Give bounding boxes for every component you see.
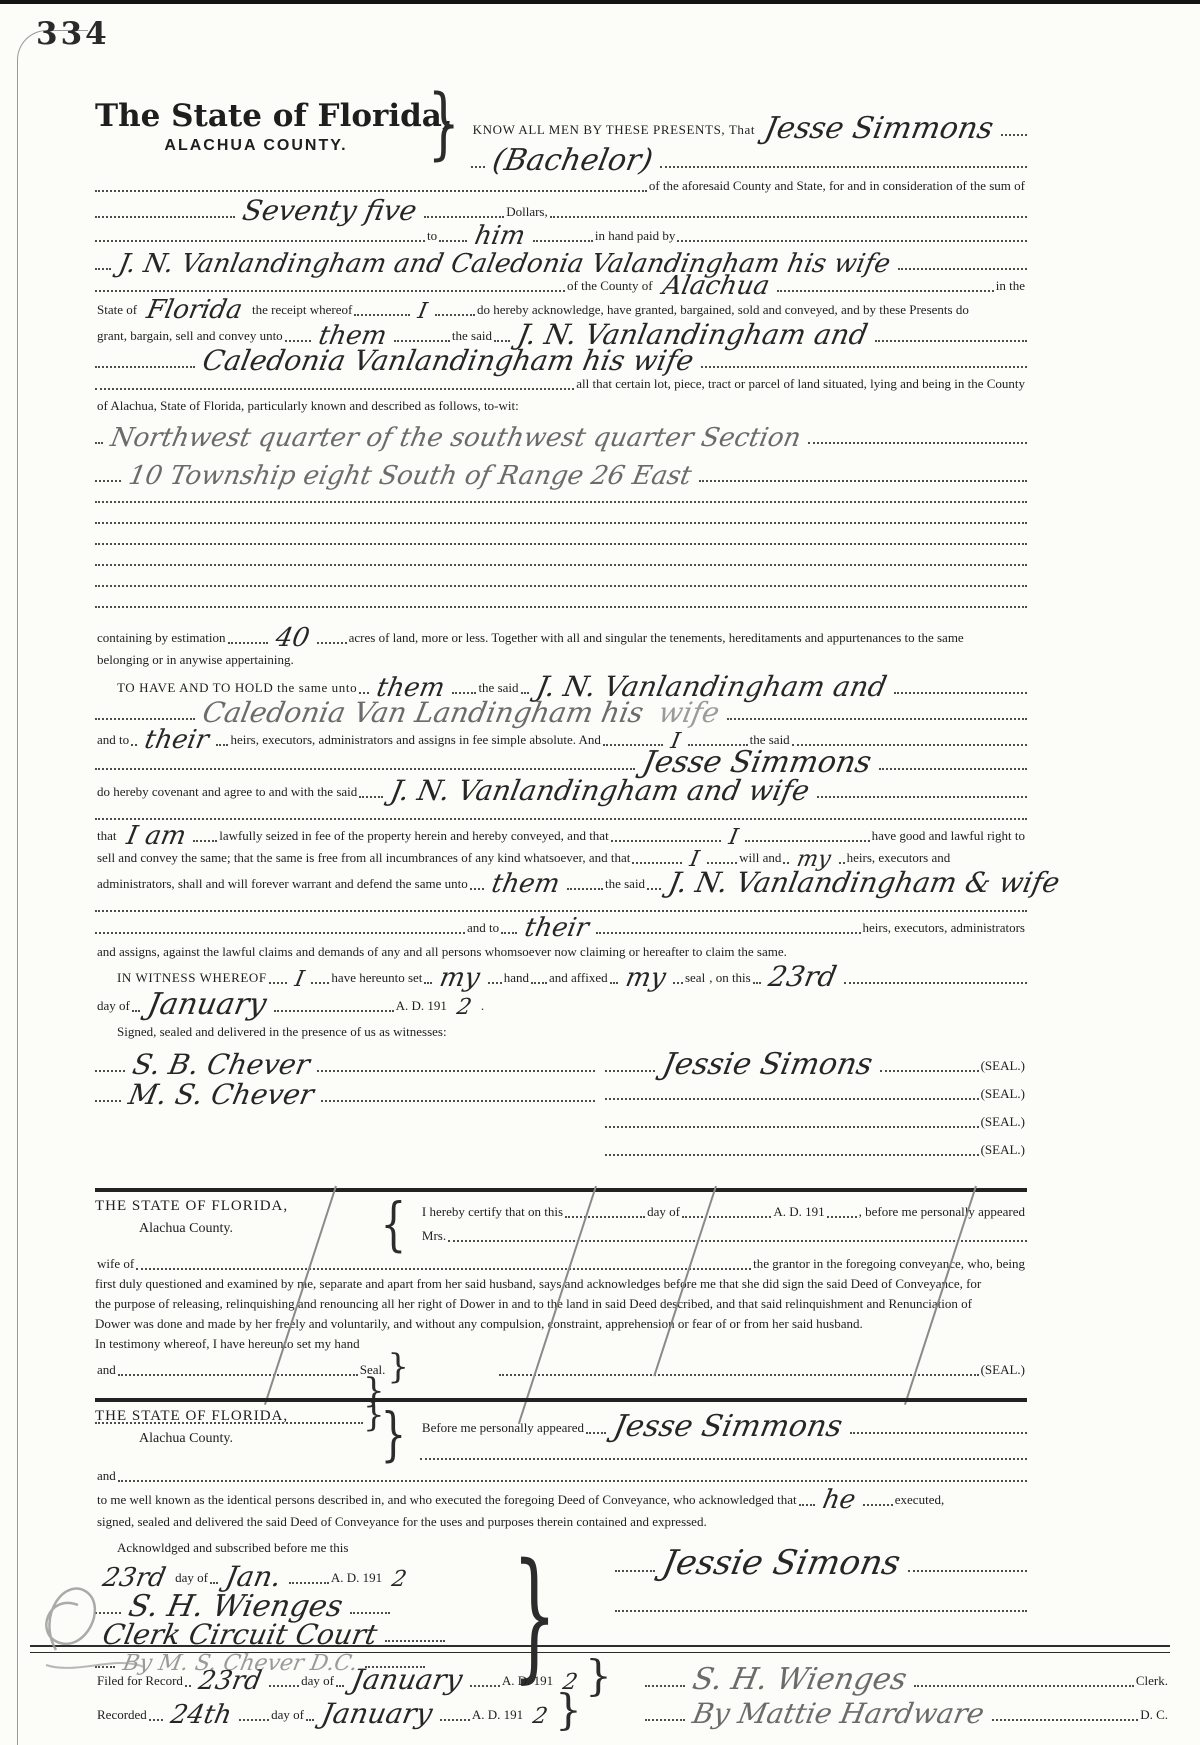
n1-before-label: , before me personally appeared — [857, 1204, 1027, 1220]
dotted-rule — [908, 1570, 1027, 1572]
pencil-scribble — [26, 1555, 156, 1685]
dotted-rule — [567, 888, 603, 890]
jessie-simons-signature2: Jessie Simons — [652, 1547, 911, 1579]
filed-day-of-label: day of — [299, 1673, 336, 1689]
alachua-handwritten: Alachua — [652, 274, 779, 299]
bachelor-note-handwritten: (Bachelor) — [482, 147, 663, 176]
wife-faint-handwritten: wife — [648, 700, 729, 727]
dotted-rule — [95, 1100, 121, 1102]
brace: } — [428, 92, 460, 156]
dotted-rule — [452, 692, 476, 694]
dotted-rule — [863, 1504, 893, 1506]
signature-block: S. B. Chever M. S. Chever Jessie Simons … — [95, 1046, 1027, 1160]
brace: } — [381, 1408, 407, 1464]
belonging-label: belonging or in anywise appertaining. — [95, 652, 296, 668]
dotted-rule — [605, 1070, 655, 1072]
dotted-rule — [880, 1070, 979, 1072]
dotted-rule — [95, 1070, 125, 1072]
dotted-rule — [440, 1719, 470, 1721]
seal-column: Jessie Simons (SEAL.) (SEAL.) (SEAL.) (S… — [595, 1046, 1027, 1160]
year-2-handwritten: 2 — [447, 998, 481, 1019]
notary1-county-label: Alachua County. — [95, 1221, 367, 1237]
dotted-rule — [269, 982, 287, 984]
dotted-rule — [677, 240, 1027, 242]
dotted-rule — [1001, 134, 1027, 136]
hand-label: hand — [502, 970, 531, 986]
jesse-simmons2-handwritten: Jesse Simmons — [632, 749, 881, 778]
dotted-rule — [95, 216, 235, 218]
dotted-rule — [550, 216, 1027, 218]
dotted-rule — [632, 862, 682, 864]
dotted-rule — [95, 910, 1027, 912]
dotted-rule — [239, 1719, 269, 1721]
i5-handwritten: I — [285, 970, 314, 991]
i-handwritten: I — [408, 302, 437, 323]
dotted-rule — [149, 1719, 163, 1721]
dotted-rule — [660, 166, 1027, 168]
n1-seal-label: (SEAL.) — [979, 1362, 1027, 1378]
he-handwritten: he — [812, 1488, 865, 1513]
grant-bargain-label: grant, bargain, sell and convey unto — [95, 328, 285, 344]
dotted-rule — [95, 190, 647, 192]
dotted-rule — [470, 1685, 500, 1687]
brace: } — [585, 1661, 612, 1691]
recorded-year-handwritten: 2 — [523, 1707, 557, 1728]
dotted-rule — [914, 1685, 1134, 1687]
dotted-rule — [850, 1432, 1027, 1434]
dotted-rule — [95, 543, 1027, 545]
will-and-label: will and — [737, 850, 783, 866]
dotted-rule — [611, 840, 721, 842]
witness1-signature: S. B. Chever — [122, 1052, 319, 1079]
sell-convey-label: sell and convey the same; that the same … — [95, 850, 632, 866]
dotted-rule — [311, 982, 329, 984]
county-title: ALACHUA COUNTY. — [95, 137, 417, 155]
dotted-rule — [533, 240, 593, 242]
state-title: The State of Florida, — [95, 98, 417, 134]
executed-label: executed, — [893, 1492, 946, 1508]
before-me-label: Before me personally appeared — [420, 1420, 586, 1436]
dotted-rule — [136, 1268, 751, 1270]
acknowledge-label: do hereby acknowledge, have granted, bar… — [475, 302, 971, 318]
dotted-rule — [745, 840, 869, 842]
filed-ad-label: A. D. 191 — [500, 1673, 555, 1689]
brace: } — [555, 1695, 582, 1725]
dotted-rule — [321, 1100, 595, 1102]
jnv3-handwritten: J. N. Vanlandingham & wife — [658, 870, 1069, 897]
witness-column: S. B. Chever M. S. Chever — [95, 1046, 595, 1160]
dotted-rule — [118, 1480, 1027, 1482]
n1-and-label: and — [95, 1362, 118, 1378]
dotted-rule — [898, 268, 1027, 270]
dotted-rule — [95, 290, 565, 292]
brace: } — [387, 1354, 409, 1380]
document-header: The State of Florida, ALACHUA COUNTY. } … — [95, 92, 1027, 172]
dotted-rule — [95, 585, 1027, 587]
dotted-rule — [471, 166, 485, 168]
to-label: to — [425, 228, 439, 244]
day-of-label: day of — [95, 998, 132, 1014]
dotted-rule — [875, 340, 1027, 342]
on-this-label: , on this — [707, 970, 753, 986]
him-handwritten: him — [465, 224, 536, 249]
and-to-label: and to — [95, 732, 131, 748]
land-description-line2: 10 Township eight South of Range 26 East — [119, 464, 702, 489]
my3-handwritten: my — [615, 966, 675, 991]
dotted-rule — [615, 1610, 1027, 1612]
january-handwritten: January — [137, 991, 276, 1020]
dotted-rule — [354, 314, 410, 316]
dotted-rule — [488, 982, 502, 984]
dotted-rule — [95, 268, 111, 270]
grantor-name-handwritten: Jesse Simmons — [754, 115, 1003, 144]
dotted-rule — [420, 1458, 1027, 1460]
recorded-label: Recorded — [95, 1707, 149, 1723]
seal2-label: (SEAL.) — [979, 1086, 1027, 1102]
dotted-rule — [499, 1374, 979, 1376]
recorded-ad-label: A. D. 191 — [470, 1707, 525, 1723]
dotted-rule — [95, 480, 121, 482]
filed-month-handwritten: January — [341, 1667, 472, 1694]
the-said2-label: the said — [476, 680, 520, 696]
them3-handwritten: them — [481, 872, 569, 897]
dotted-rule — [470, 888, 484, 890]
in-the-label: in the — [994, 278, 1027, 294]
dotted-rule — [385, 1640, 445, 1642]
and-to2-label: and to — [465, 920, 501, 936]
grantor-acknowledgment-section: THE STATE OF FLORIDA, Alachua County. } … — [95, 1398, 1027, 1672]
hereunto-set-label: have hereunto set — [329, 970, 424, 986]
day-23rd-handwritten: 23rd — [758, 964, 846, 991]
dotted-rule — [439, 240, 467, 242]
dotted-rule — [95, 240, 425, 242]
scan-edge-left — [17, 30, 88, 1745]
dotted-rule — [605, 1126, 979, 1128]
dotted-rule — [95, 501, 1027, 503]
receipt-whereof-label: the receipt whereof — [250, 302, 354, 318]
heirs3-label: heirs, executors, administrators — [861, 920, 1027, 936]
seal3-label: (SEAL.) — [979, 1114, 1027, 1130]
deed-record-page: 334 The State of Florida, ALACHUA COUNTY… — [0, 0, 1200, 1745]
signed-sealed-label: Signed, sealed and delivered in the pres… — [95, 1024, 449, 1040]
dotted-rule — [317, 642, 347, 644]
their-handwritten: their — [135, 728, 219, 753]
n2-jesse-handwritten: Jesse Simmons — [603, 1413, 852, 1442]
grantees-handwritten: J. N. Vanlandingham and Caledonia Valand… — [109, 252, 901, 277]
dotted-rule — [645, 1719, 685, 1721]
in-witness-label: IN WITNESS WHEREOF — [95, 970, 269, 986]
dotted-rule — [350, 1612, 390, 1614]
recorded-day-handwritten: 24th — [160, 1703, 241, 1728]
acreage-handwritten: 40 — [265, 626, 319, 651]
dower-paragraph-line2: the purpose of releasing, relinquishing … — [95, 1294, 1027, 1314]
recorded-row: Recorded 24th day of January A. D. 191 2… — [95, 1695, 1170, 1725]
n1-ad-label: A. D. 191 — [771, 1204, 826, 1220]
dower-acknowledgment-section: THE STATE OF FLORIDA, Alachua County. { … — [95, 1188, 1027, 1428]
dotted-rule — [844, 982, 1027, 984]
seal4-label: (SEAL.) — [979, 1142, 1027, 1158]
dotted-rule — [95, 388, 574, 390]
aforesaid-label: of the aforesaid County and State, for a… — [647, 178, 1027, 194]
grantor-signature: Jessie Simons — [652, 1051, 882, 1080]
header-right: KNOW ALL MEN BY THESE PRESENTS, That Jes… — [471, 92, 1027, 172]
dotted-rule — [827, 1216, 857, 1218]
dotted-rule — [95, 768, 635, 770]
caledonia2-handwritten: Caledonia Van Landingham his — [192, 700, 653, 727]
dotted-rule — [699, 480, 1027, 482]
grantor-in-label: the grantor in the foregoing conveyance,… — [751, 1256, 1027, 1272]
caledonia-handwritten: Caledonia Vanlandingham his wife — [192, 348, 703, 375]
dotted-rule — [285, 340, 311, 342]
dotted-rule — [799, 1504, 815, 1506]
dotted-rule — [707, 862, 737, 864]
i-am-handwritten: I am — [116, 824, 196, 849]
that-label: that — [95, 828, 119, 844]
recorded-day-of-label: day of — [269, 1707, 306, 1723]
dc-label: D. C. — [1138, 1707, 1170, 1723]
dotted-rule — [605, 1098, 979, 1100]
filing-record-section: Filed for Record 23rd day of January A. … — [30, 1645, 1170, 1725]
ad-191-label: A. D. 191 — [394, 998, 449, 1014]
ack-year-handwritten: 2 — [382, 1570, 416, 1591]
dotted-rule — [424, 216, 504, 218]
dotted-rule — [118, 1374, 358, 1376]
witness2-signature: M. S. Chever — [118, 1082, 323, 1109]
recorded-month-handwritten: January — [311, 1701, 442, 1728]
dotted-rule — [216, 744, 228, 746]
dotted-rule — [615, 1570, 655, 1572]
dotted-rule — [992, 1719, 1139, 1721]
dotted-rule — [531, 982, 547, 984]
well-known-label: to me well known as the identical person… — [95, 1492, 799, 1508]
to-wit-label: of Alachua, State of Florida, particular… — [95, 398, 521, 414]
filed-day-handwritten: 23rd — [189, 1669, 272, 1694]
filed-for-record-row: Filed for Record 23rd day of January A. … — [95, 1661, 1170, 1691]
county-of-label: of the County of — [565, 278, 655, 294]
the-said4-label: the said — [603, 876, 647, 892]
dotted-rule — [193, 840, 217, 842]
dotted-rule — [95, 718, 195, 720]
dotted-rule — [448, 1240, 1027, 1242]
dotted-rule — [879, 768, 1027, 770]
heirs-executors-label: heirs, executors and — [845, 850, 953, 866]
notary2-county-label: Alachua County. — [95, 1431, 367, 1447]
acres-text-label: acres of land, more or less. Together wi… — [347, 630, 966, 646]
dotted-rule — [95, 818, 1027, 820]
dotted-rule — [435, 314, 475, 316]
ack-ad-label: A. D. 191 — [329, 1570, 384, 1586]
dotted-rule — [777, 290, 994, 292]
ack-day-of-label: day of — [173, 1570, 210, 1586]
dotted-rule — [501, 932, 517, 934]
florida-handwritten: Florida — [137, 298, 253, 323]
heirs-simple-absolute-label: heirs, executors, administrators and ass… — [228, 732, 602, 748]
seal1-label: (SEAL.) — [979, 1058, 1027, 1074]
mrs-label: Mrs. — [420, 1228, 448, 1244]
acknowledged-label: Acknowldged and subscribed before me thi… — [95, 1540, 350, 1556]
dotted-rule — [645, 1685, 685, 1687]
dotted-rule — [359, 796, 383, 798]
ack-jan-handwritten: Jan. — [215, 1564, 291, 1591]
dower-paragraph-line3: Dower was done and made by her freely an… — [95, 1314, 1027, 1334]
dotted-rule — [727, 718, 1027, 720]
dotted-rule — [228, 642, 268, 644]
state-county-block: The State of Florida, ALACHUA COUNTY. — [95, 92, 417, 155]
dotted-rule — [701, 366, 1027, 368]
administrators-label: administrators, shall and will forever w… — [95, 876, 470, 892]
dotted-rule — [808, 442, 1027, 444]
seal-word-label: seal — [683, 970, 707, 986]
their2-handwritten: their — [515, 916, 599, 941]
i3-handwritten: I — [719, 828, 748, 849]
dotted-rule — [817, 796, 1027, 798]
land-description-line1: Northwest quarter of the southwest quart… — [101, 426, 811, 451]
amount-handwritten: Seventy five — [232, 198, 426, 225]
n2-and-label: and — [95, 1468, 118, 1484]
all-that-label: all that certain lot, piece, tract or pa… — [574, 376, 1027, 392]
assigns-claims-label: and assigns, against the lawful claims a… — [95, 944, 789, 960]
certify-label: I hereby certify that on this — [420, 1204, 565, 1220]
dotted-rule — [894, 692, 1027, 694]
seized-label: lawfully seized in fee of the property h… — [217, 828, 610, 844]
dotted-rule — [95, 606, 1027, 608]
dotted-rule — [317, 1070, 595, 1072]
and-affixed-label: and affixed — [547, 970, 610, 986]
dotted-rule — [596, 932, 860, 934]
dotted-rule — [682, 1216, 771, 1218]
dollars-label: Dollars, — [504, 204, 550, 220]
dotted-rule — [95, 366, 195, 368]
notary2-header: THE STATE OF FLORIDA, Alachua County. } … — [95, 1408, 1027, 1464]
dotted-rule — [289, 1582, 329, 1584]
dotted-rule — [605, 1154, 979, 1156]
dotted-rule — [274, 1010, 394, 1012]
dotted-rule — [586, 1432, 606, 1434]
dotted-rule — [95, 564, 1027, 566]
good-right-label: have good and lawful right to — [870, 828, 1027, 844]
wife-of-label: wife of — [95, 1256, 136, 1272]
deed-body: The State of Florida, ALACHUA COUNTY. } … — [95, 0, 1027, 1160]
dotted-rule — [95, 932, 465, 934]
know-all-men-label: KNOW ALL MEN BY THESE PRESENTS, That — [471, 122, 757, 138]
testimony-label: In testimony whereof, I have hereunto se… — [95, 1334, 1027, 1354]
the-said-label: the said — [450, 328, 494, 344]
deputy-mattie-signature: By Mattie Hardware — [682, 1701, 994, 1728]
dotted-rule — [673, 982, 683, 984]
filed-year-handwritten: 2 — [553, 1673, 587, 1694]
clerk-wienges-signature: S. H. Wienges — [682, 1666, 917, 1695]
notary2-state-label: THE STATE OF FLORIDA, — [95, 1408, 367, 1425]
in-hand-paid-label: in hand paid by — [593, 228, 678, 244]
jnv-and-wife-handwritten: J. N. Vanlandingham and wife — [381, 778, 820, 805]
notary1-header: THE STATE OF FLORIDA, Alachua County. { … — [95, 1198, 1027, 1250]
n1-day-of-label: day of — [645, 1204, 682, 1220]
clerk-label: Clerk. — [1134, 1673, 1170, 1689]
state-of-label: State of — [95, 302, 139, 318]
dotted-rule — [269, 1685, 299, 1687]
containing-label: containing by estimation — [95, 630, 228, 646]
to-have-and-hold-label: TO HAVE AND TO HOLD the same unto — [95, 680, 359, 696]
dotted-rule — [565, 1216, 645, 1218]
brace: { — [381, 1198, 407, 1250]
dotted-rule — [394, 340, 450, 342]
covenant-label: do hereby covenant and agree to and with… — [95, 784, 359, 800]
my2-handwritten: my — [430, 966, 490, 991]
dotted-rule — [95, 522, 1027, 524]
signed-delivered-label: signed, sealed and delivered the said De… — [95, 1514, 709, 1530]
